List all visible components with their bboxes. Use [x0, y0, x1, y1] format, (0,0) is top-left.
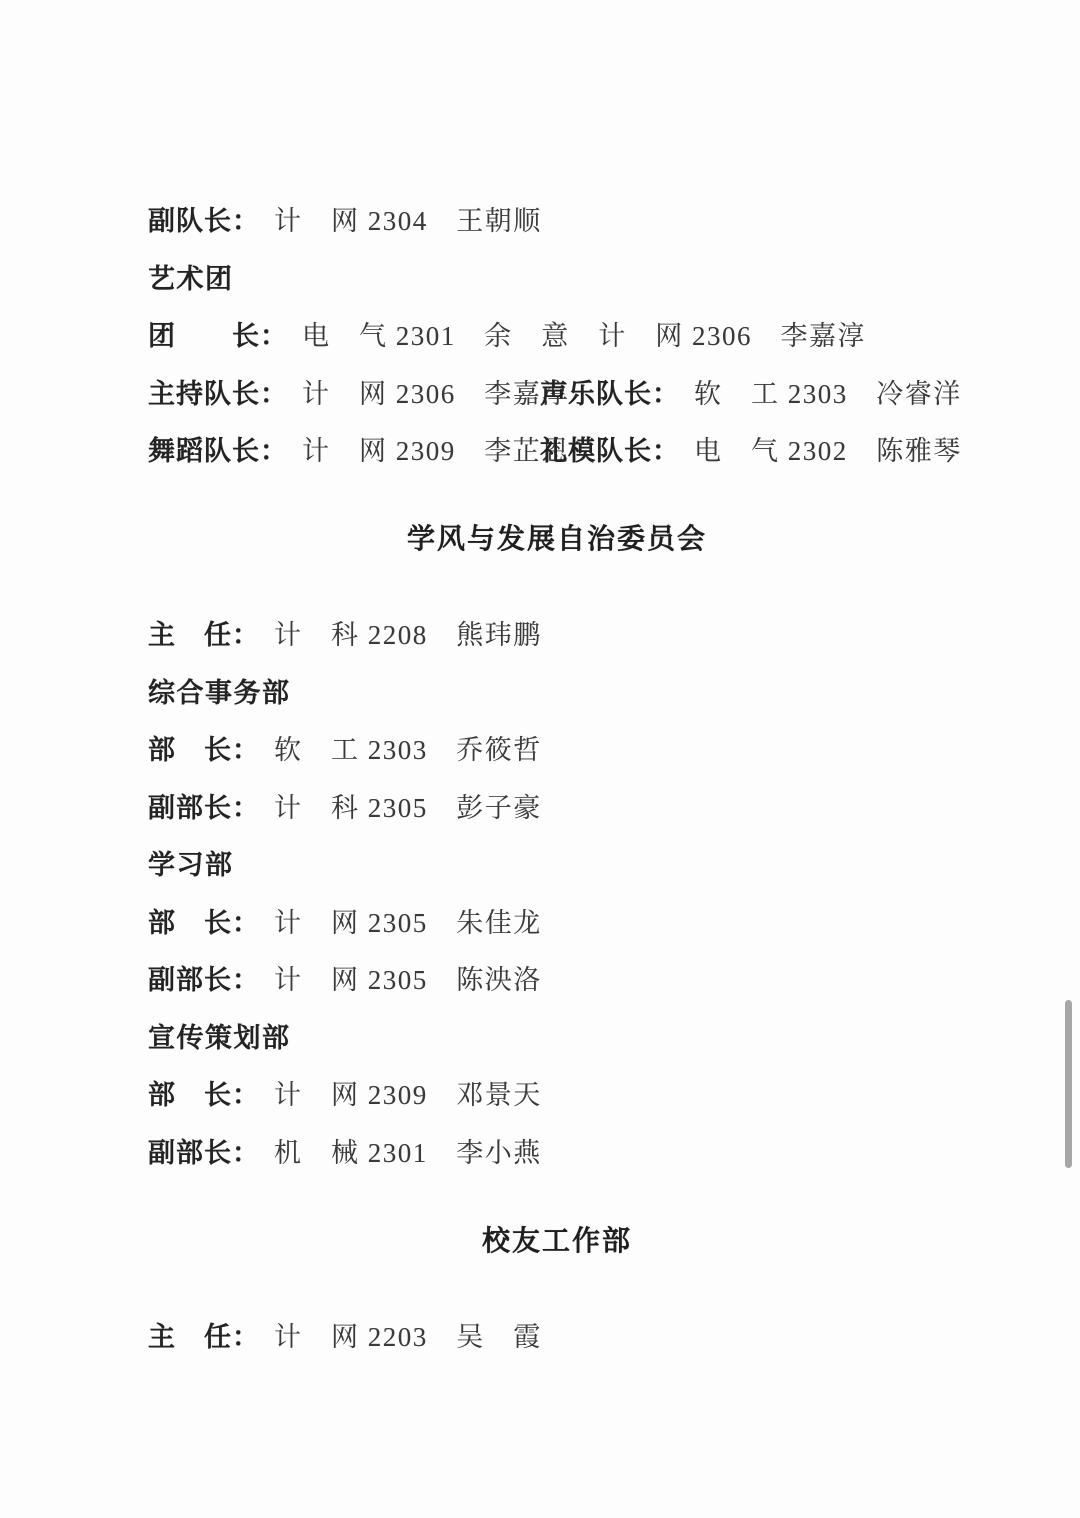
role-label: 副部长： [148, 958, 260, 997]
role-label: 部 长： [148, 728, 260, 767]
department-heading: 综合事务部 [148, 671, 291, 710]
department-heading-line: 宣传策划部 [148, 1007, 966, 1065]
role-label: 部 长： [148, 901, 260, 940]
department-heading-line: 综合事务部 [148, 662, 966, 720]
role-line: 主 任： 计 科 2208 熊玮鹏 [148, 604, 966, 662]
role-value: 电 气 2302 陈雅琴 [694, 429, 962, 468]
role-value: 计 网 2203 吴 霞 [274, 1315, 542, 1354]
role-value: 软 工 2303 乔筱哲 [274, 728, 542, 767]
department-heading: 宣传策划部 [148, 1016, 291, 1055]
role-value: 计 网 2306 李嘉淳 [302, 372, 570, 411]
role-pair-right: 礼模队长： 电 气 2302 陈雅琴 [540, 429, 962, 468]
role-label: 副部长： [148, 1131, 260, 1170]
department-heading: 学习部 [148, 843, 234, 882]
section-title-line: 学风与发展自治委员会 [148, 509, 966, 567]
role-value: 计 网 2304 王朝顺 [274, 199, 542, 238]
role-line: 部 长： 计 网 2309 邓景天 [148, 1064, 966, 1122]
role-value: 计 科 2305 彭子豪 [274, 786, 542, 825]
role-value: 计 网 2309 邓景天 [274, 1073, 542, 1112]
role-pair-right: 声乐队长： 软 工 2303 冷睿洋 [540, 372, 962, 411]
role-value: 计 网 2305 陈泱洛 [274, 958, 542, 997]
role-label: 主持队长： [148, 372, 288, 411]
section-title: 学风与发展自治委员会 [407, 517, 707, 557]
role-label: 副部长： [148, 786, 260, 825]
role-line: 部 长： 软 工 2303 乔筱哲 [148, 719, 966, 777]
scrollbar-thumb[interactable] [1065, 1000, 1072, 1168]
department-heading: 艺术团 [148, 257, 234, 296]
role-value: 计 科 2208 熊玮鹏 [274, 613, 542, 652]
role-label: 主 任： [148, 1315, 260, 1354]
role-line: 副部长： 计 科 2305 彭子豪 [148, 777, 966, 835]
role-line: 副部长： 计 网 2305 陈泱洛 [148, 949, 966, 1007]
role-line: 副部长： 机 械 2301 李小燕 [148, 1122, 966, 1180]
role-value: 机 械 2301 李小燕 [274, 1131, 542, 1170]
document-viewer: { "page": { "background": "#fdfdfd" }, "… [0, 0, 1080, 1518]
role-label: 团 长： [148, 314, 288, 353]
role-pair-left: 主持队长： 计 网 2306 李嘉淳 [148, 372, 540, 411]
role-line: 团 长： 电 气 2301 余 意 计 网 2306 李嘉淳 [148, 305, 966, 363]
department-heading-line: 艺术团 [148, 248, 966, 306]
role-value: 软 工 2303 冷睿洋 [694, 372, 962, 411]
section-title: 校友工作部 [482, 1219, 632, 1259]
role-line: 部 长： 计 网 2305 朱佳龙 [148, 892, 966, 950]
document-content: 副队长： 计 网 2304 王朝顺 艺术团 团 长： 电 气 2301 余 意 … [148, 190, 966, 1363]
section-title-line: 校友工作部 [148, 1210, 966, 1268]
role-label: 声乐队长： [540, 372, 680, 411]
role-value: 计 网 2305 朱佳龙 [274, 901, 542, 940]
role-label: 礼模队长： [540, 429, 680, 468]
role-value: 电 气 2301 余 意 计 网 2306 李嘉淳 [302, 314, 866, 353]
department-heading-line: 学习部 [148, 834, 966, 892]
role-line-pair: 主持队长： 计 网 2306 李嘉淳 声乐队长： 软 工 2303 冷睿洋 [148, 363, 966, 421]
role-label: 副队长： [148, 199, 260, 238]
role-line-pair: 舞蹈队长： 计 网 2309 李芷恩 礼模队长： 电 气 2302 陈雅琴 [148, 420, 966, 478]
role-label: 部 长： [148, 1073, 260, 1112]
role-line: 主 任： 计 网 2203 吴 霞 [148, 1306, 966, 1364]
role-label: 舞蹈队长： [148, 429, 288, 468]
document-page: 副队长： 计 网 2304 王朝顺 艺术团 团 长： 电 气 2301 余 意 … [0, 0, 1080, 1518]
role-value: 计 网 2309 李芷恩 [302, 429, 570, 468]
role-pair-left: 舞蹈队长： 计 网 2309 李芷恩 [148, 429, 540, 468]
role-line: 副队长： 计 网 2304 王朝顺 [148, 190, 966, 248]
role-label: 主 任： [148, 613, 260, 652]
